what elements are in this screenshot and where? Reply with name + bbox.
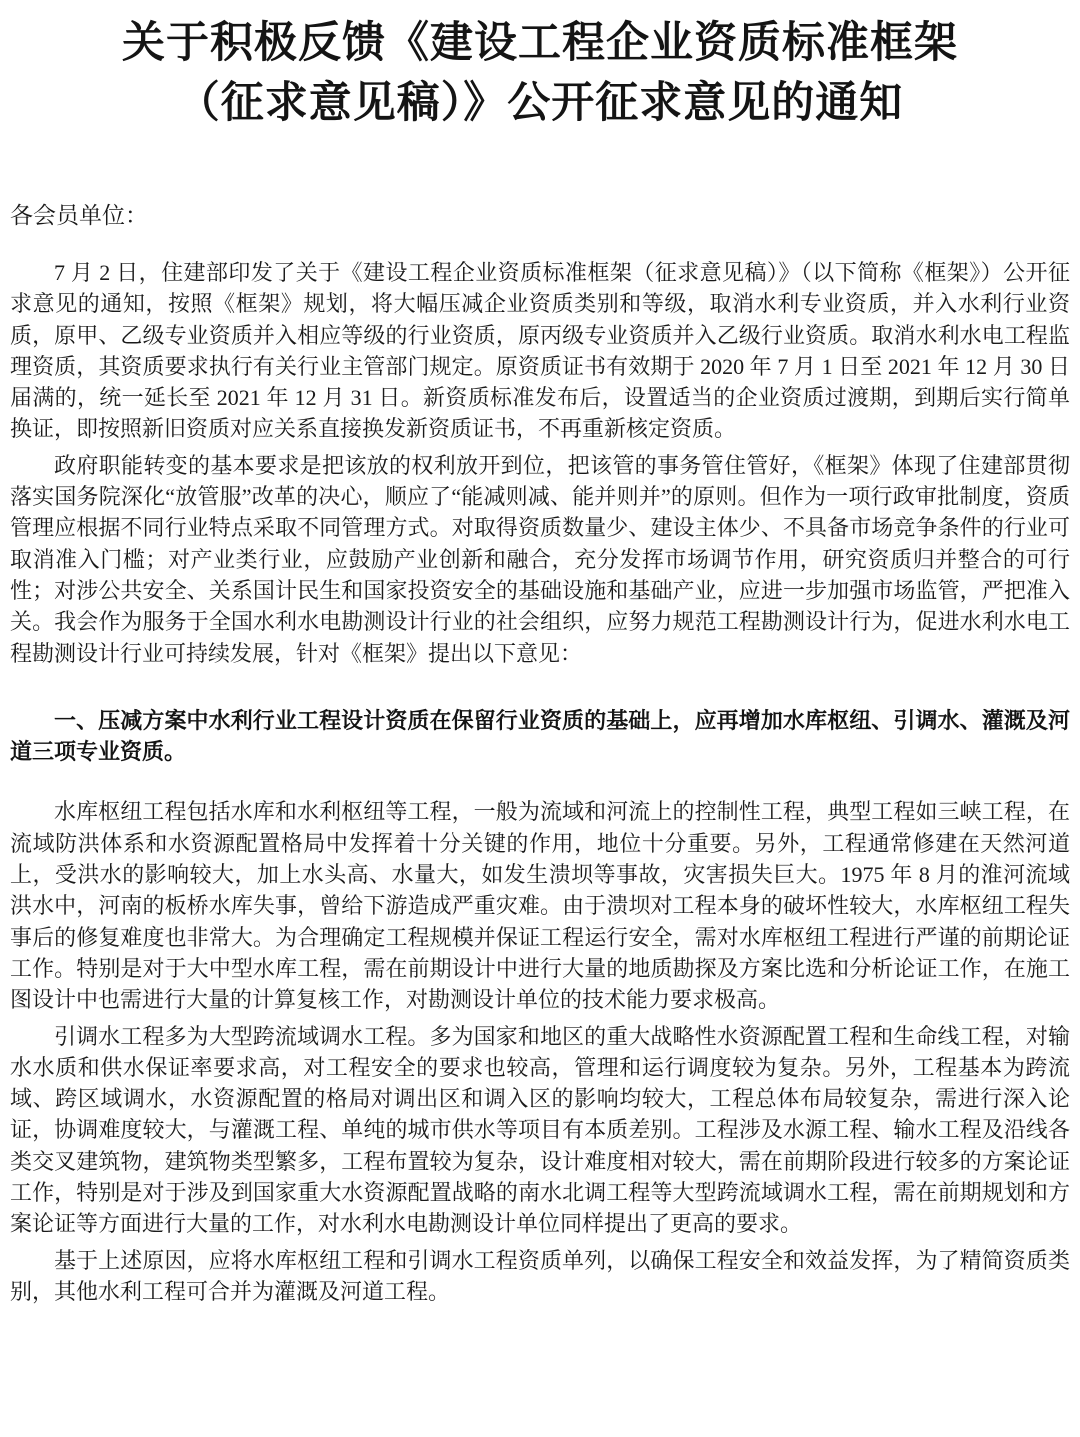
paragraph-framework-intro: 7 月 2 日，住建部印发了关于《建设工程企业资质标准框架（征求意见稿）》（以下…: [10, 257, 1070, 445]
salutation: 各会员单位：: [10, 200, 1070, 231]
document-title-line-2: （征求意见稿）》公开征求意见的通知: [10, 74, 1070, 134]
paragraph-reservoir-hub: 水库枢纽工程包括水库和水利枢纽等工程，一般为流域和河流上的控制性工程，典型工程如…: [10, 796, 1070, 1015]
document-title: 关于积极反馈《建设工程企业资质标准框架 （征求意见稿）》公开征求意见的通知: [10, 14, 1070, 134]
paragraph-water-diversion: 引调水工程多为大型跨流域调水工程。多为国家和地区的重大战略性水资源配置工程和生命…: [10, 1021, 1070, 1240]
paragraph-conclusion: 基于上述原因，应将水库枢纽工程和引调水工程资质单列，以确保工程安全和效益发挥，为…: [10, 1245, 1070, 1308]
section-heading-opinion-1: 一、压减方案中水利行业工程设计资质在保留行业资质的基础上，应再增加水库枢纽、引调…: [10, 705, 1070, 768]
document-title-line-1: 关于积极反馈《建设工程企业资质标准框架: [10, 14, 1070, 74]
notice-document-page: 关于积极反馈《建设工程企业资质标准框架 （征求意见稿）》公开征求意见的通知 各会…: [0, 0, 1080, 1437]
paragraph-government-policy: 政府职能转变的基本要求是把该放的权利放开到位，把该管的事务管住管好，《框架》体现…: [10, 450, 1070, 669]
